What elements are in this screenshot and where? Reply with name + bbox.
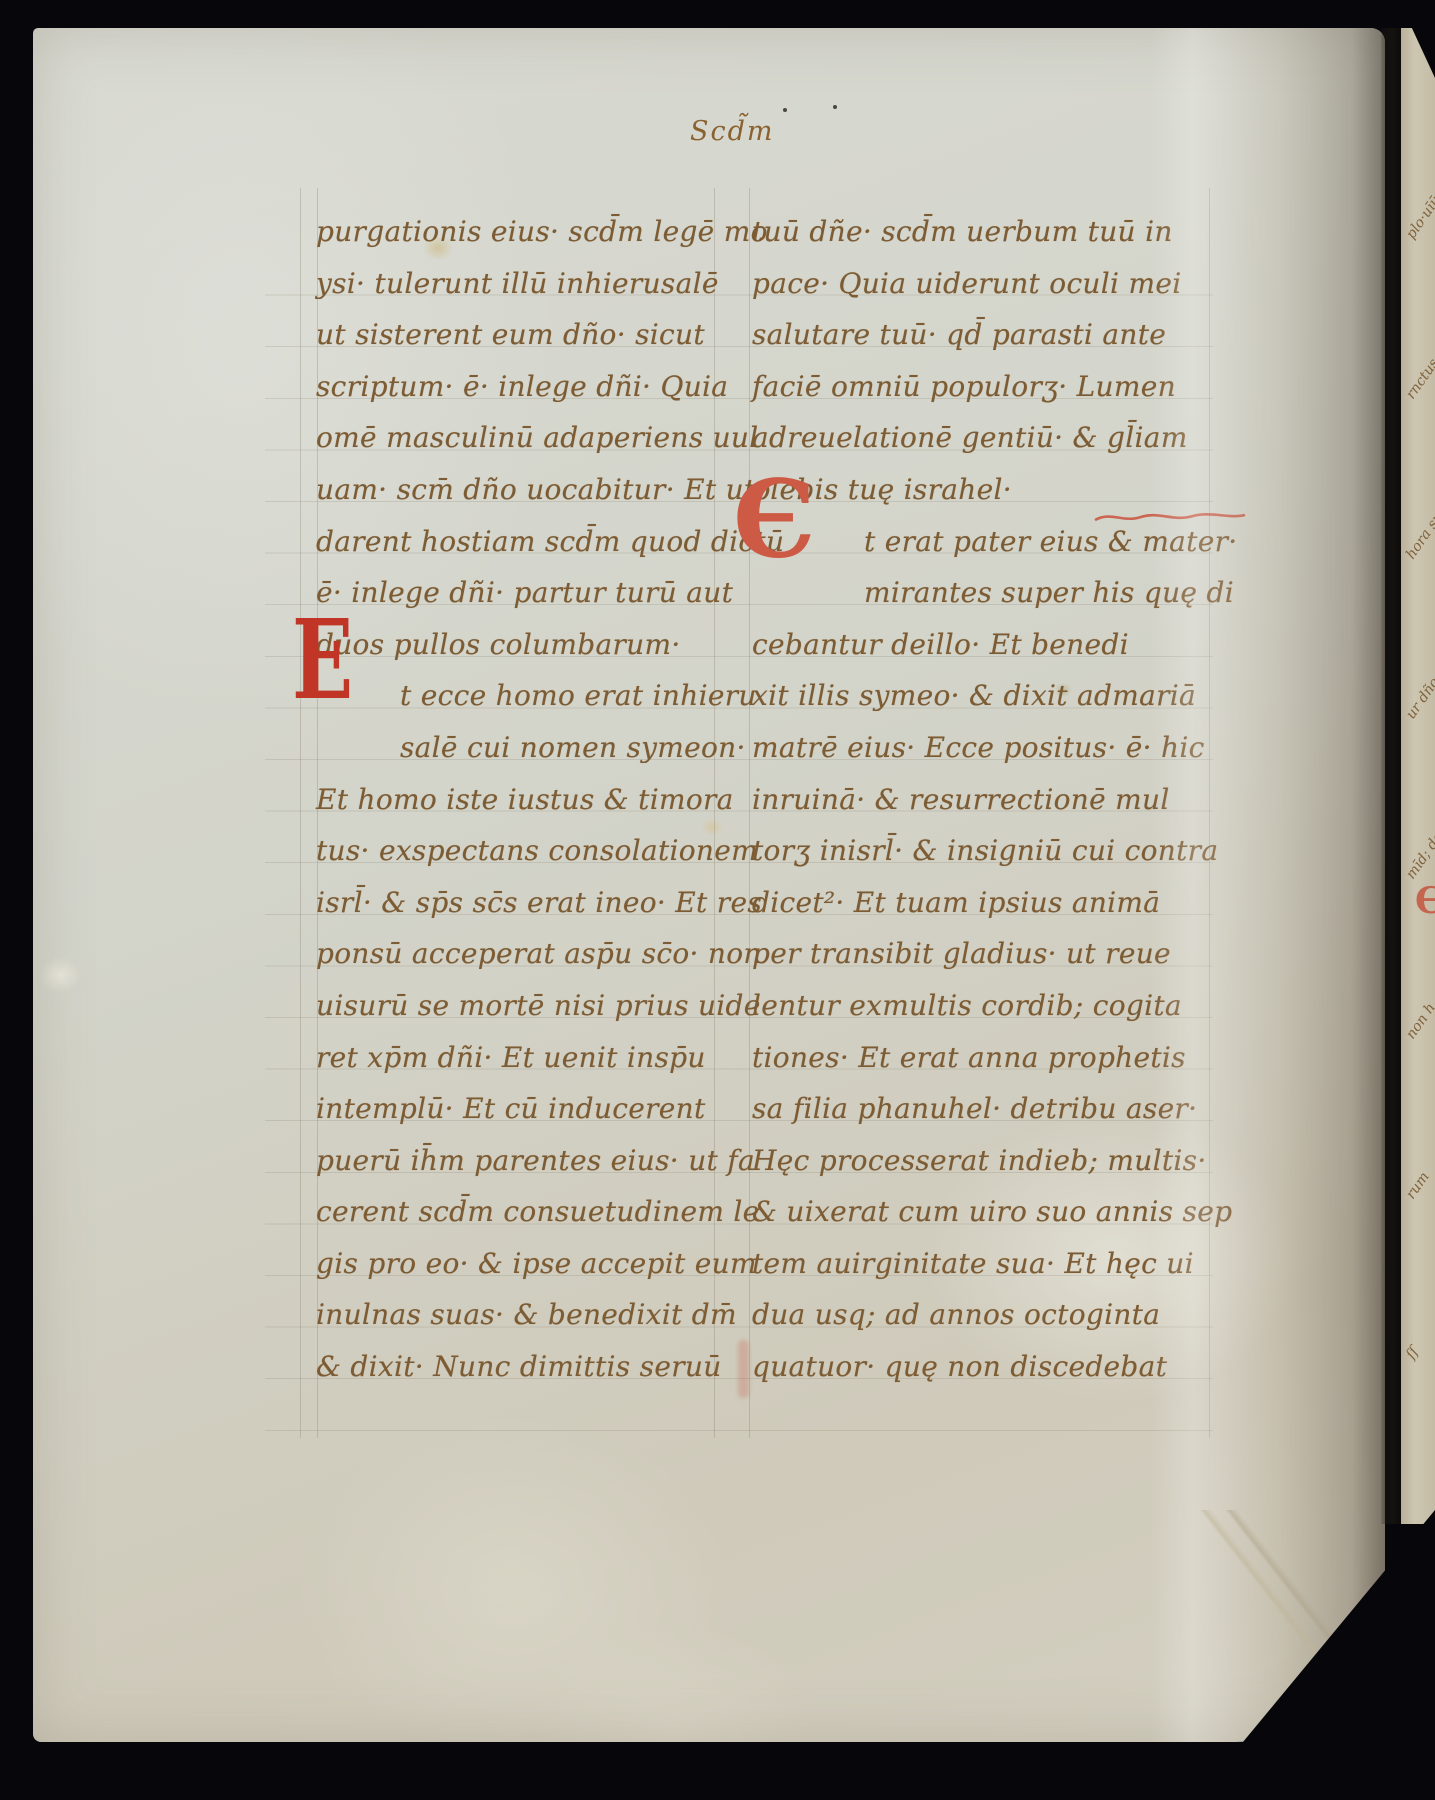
manuscript-line: intemplū· Et cū inducerent [316, 1083, 756, 1135]
facing-page-text-fragment: mīd; dc [1403, 830, 1435, 882]
manuscript-line: t ecce homo erat inhieru [316, 670, 756, 722]
dust-speck [833, 105, 837, 109]
red-initial-E-left: E [292, 606, 353, 716]
facing-page-text-fragment: rnctus nıb [1403, 334, 1435, 402]
manuscript-line: tus· exspectans consolationem [316, 825, 756, 877]
manuscript-line: purgationis eius· scd̄m legē mo [316, 206, 756, 258]
facing-page-text-fragment: ſſ [1403, 1345, 1422, 1363]
page-gutter-shadow [1381, 28, 1402, 1524]
manuscript-line: & dixit· Nunc dimittis seruū [316, 1341, 756, 1393]
manuscript-line: ret xp̄m dñi· Et uenit insp̄u [316, 1032, 756, 1084]
facing-page-text-fragment: plo·uīū [1403, 193, 1435, 242]
manuscript-line: Et homo iste iustus & timora [316, 774, 756, 826]
manuscript-line: ponsū acceperat asp̄u sc̄o· non [316, 928, 756, 980]
red-bleedthrough-mark [738, 1340, 749, 1398]
text-column-left: purgationis eius· scd̄m legē moysi· tule… [316, 206, 756, 1393]
manuscript-line: puerū ih̄m parentes eius· ut fa [316, 1135, 756, 1187]
manuscript-line: omē masculinū adaperiens uul [316, 412, 756, 464]
manuscript-line: ē· inlege dñi· partur turū aut [316, 567, 756, 619]
manuscript-line: uisurū se mortē nisi prius uide [316, 980, 756, 1032]
manuscript-line: cerent scd̄m consuetudinem le [316, 1186, 756, 1238]
facing-page-sliver: Є plo·uīūrnctus nıbhora sup̄ur dño· emīd… [1401, 28, 1435, 1524]
fore-edge-shading [1150, 28, 1385, 1742]
manuscript-line: ysi· tulerunt illū inhierusalē [316, 258, 756, 310]
manuscript-line: gis pro eo· & ipse accepit eum [316, 1238, 756, 1290]
facing-page-red-initial-fragment: Є [1415, 880, 1435, 922]
facing-page-text-fragment: non h [1403, 1000, 1435, 1042]
photo-canvas: Scd̃m purgationis eius· scd̄m legē moysi… [0, 0, 1435, 1800]
manuscript-line: ut sisterent eum dño· sicut [316, 309, 756, 361]
manuscript-line: uam· scm̄ dño uocabitur· Et ut [316, 464, 756, 516]
ruling-vertical-line [300, 188, 301, 1438]
facing-page-text-fragment: rum [1403, 1169, 1433, 1202]
running-title: Scd̃m [690, 116, 775, 147]
facing-page-text-fragment: ur dño· e [1403, 661, 1435, 722]
manuscript-line: isrl̄· & sp̄s sc̄s erat ineo· Et res [316, 877, 756, 929]
manuscript-line: scriptum· ē· inlege dñi· Quia [316, 361, 756, 413]
manuscript-line: inulnas suas· & benedixit dm̄ [316, 1289, 756, 1341]
dust-speck [783, 108, 787, 112]
manuscript-page: Scd̃m purgationis eius· scd̄m legē moysi… [33, 28, 1385, 1742]
manuscript-line: duos pullos columbarum· [316, 619, 756, 671]
manuscript-line: darent hostiam scd̄m quod dictū [316, 516, 756, 568]
red-initial-E-right: Є [733, 466, 816, 573]
manuscript-line: salē cui nomen symeon· [316, 722, 756, 774]
facing-page-text-fragment: hora sup̄ [1403, 502, 1435, 562]
